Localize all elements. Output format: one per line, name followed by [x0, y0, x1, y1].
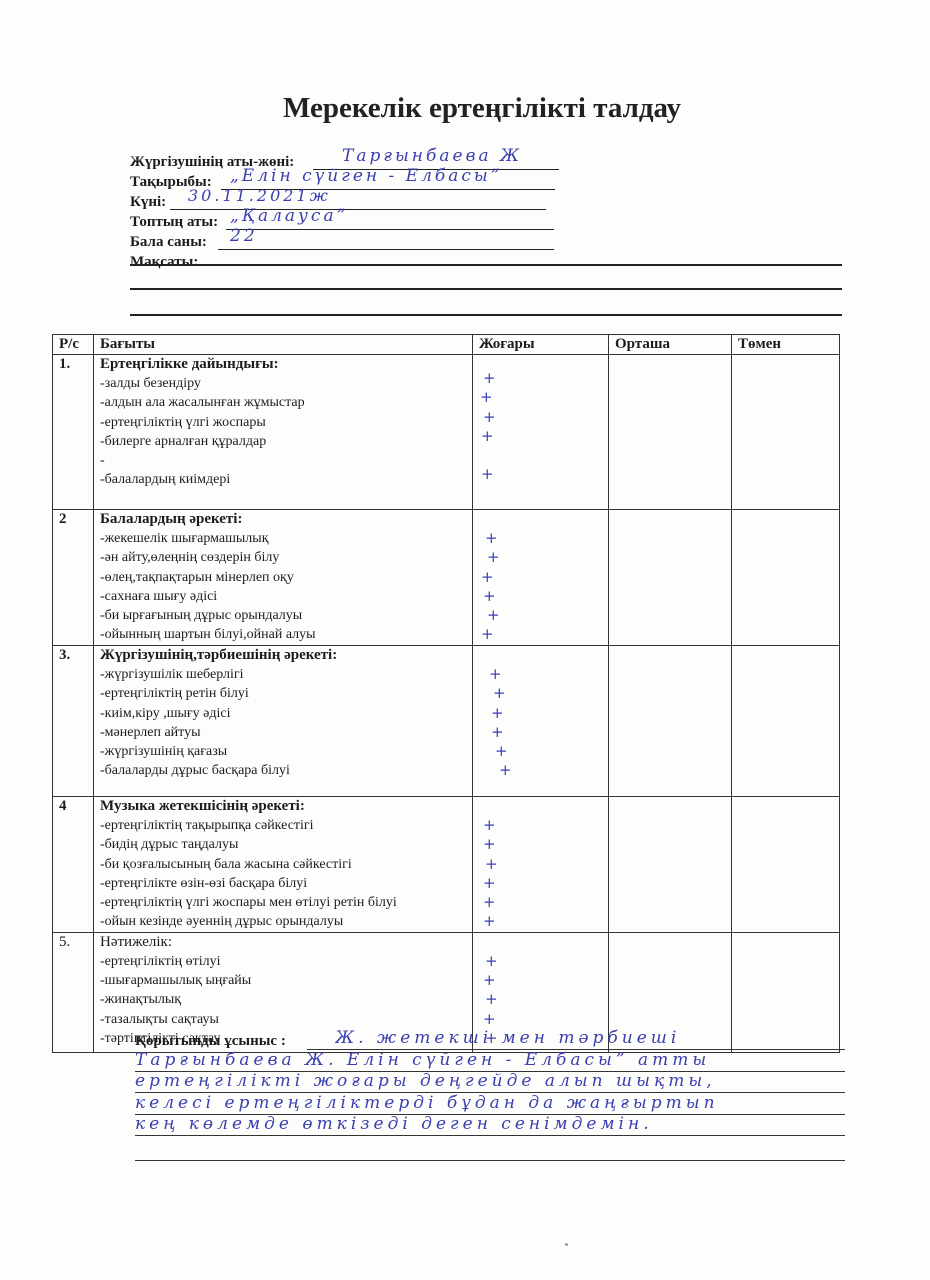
header-fields: Жүргізушінің аты-жөні: Тарғынбаева Ж Тақ… [130, 152, 294, 272]
criterion-item: -жүргізушілік шеберлігі [100, 665, 466, 684]
conclusion-handwriting: Тарғынбаева Ж. Елін сүйген - Елбасы” атт… [135, 1050, 845, 1070]
criterion-item: -ертеңгіліктің тақырыпқа сәйкестігі [100, 816, 466, 835]
table-row: 4Музыка жетекшісінің әрекеті:-ертеңгілік… [53, 797, 840, 933]
criterion-item: -ән айту,өлеңнің сөздерін білу [100, 548, 466, 567]
document-title: Мерекелік ертеңгілікті талдау [0, 92, 930, 125]
plus-mark: + [477, 816, 602, 835]
plus-mark [477, 446, 602, 465]
section-number: 2 [53, 510, 94, 646]
plus-mark: + [477, 704, 602, 723]
goal-line-3[interactable] [130, 314, 842, 316]
plus-mark: + [477, 835, 602, 854]
field-topic-value[interactable]: „Елін сүйген - Елбасы” [230, 166, 502, 186]
section-direction: Жүргізушінің,тәрбиешінің әрекеті:-жүргіз… [94, 646, 473, 797]
criterion-item: -жүргізушінің қағазы [100, 742, 466, 761]
conclusion-handwriting: келесі ертеңгіліктерді бұдан да жаңғырты… [135, 1093, 845, 1113]
conclusion-section: Қорытынды ұсыныс : Ж. жетекші мен тәрбие… [135, 1032, 845, 1050]
criterion-item: -би қозғалысының бала жасына сәйкестігі [100, 855, 466, 874]
table-row: 3.Жүргізушінің,тәрбиешінің әрекеті:-жүрг… [53, 646, 840, 797]
table-row: 1.Ертеңгілікке дайындығы:-залды безендір… [53, 355, 840, 510]
section-number: 3. [53, 646, 94, 797]
criterion-item: -балалардың киімдері [100, 470, 466, 489]
section-direction: Ертеңгілікке дайындығы:-залды безендіру-… [94, 355, 473, 510]
plus-mark: + [477, 427, 602, 446]
plus-mark: + [477, 874, 602, 893]
plus-mark: + [477, 952, 602, 971]
plus-mark: + [477, 971, 602, 990]
conclusion-line[interactable] [135, 1160, 845, 1161]
plus-mark: + [477, 548, 602, 567]
section-title: Жүргізушінің,тәрбиешінің әрекеті: [100, 646, 466, 665]
conclusion-label: Қорытынды ұсыныс : [135, 1033, 286, 1049]
table-row: 2Балалардың әрекеті:-жекешелік шығармашы… [53, 510, 840, 646]
plus-mark: + [477, 625, 602, 644]
plus-mark: + [477, 990, 602, 1009]
plus-mark: + [477, 742, 602, 761]
criterion-item: -ертеңгілікте өзін-өзі басқара білуі [100, 874, 466, 893]
medium-marks-cell[interactable] [609, 355, 732, 510]
plus-mark: + [477, 684, 602, 703]
criterion-item: -сахнаға шығу әдісі [100, 587, 466, 606]
plus-mark: + [477, 606, 602, 625]
plus-mark: + [477, 388, 602, 407]
criterion-item: -мәнерлеп айтуы [100, 723, 466, 742]
conclusion-handwriting: Ж. жетекші мен тәрбиеші [335, 1028, 845, 1048]
medium-marks-cell[interactable] [609, 510, 732, 646]
field-goal: Мақсаты: [130, 252, 294, 272]
header-high: Жоғары [473, 335, 609, 355]
plus-mark: + [477, 369, 602, 388]
high-marks-cell[interactable]: +++++ [473, 355, 609, 510]
evaluation-table: Р/с Бағыты Жоғары Орташа Төмен 1.Ертеңгі… [52, 334, 840, 1053]
conclusion-handwriting: ертеңгілікті жоғары деңгейде алып шықты, [135, 1071, 845, 1091]
section-title: Балалардың әрекеті: [100, 510, 466, 529]
header-number: Р/с [53, 335, 94, 355]
criterion-item: - [100, 451, 466, 470]
field-group: Топтың аты: „Қалауса” [130, 212, 294, 232]
medium-marks-cell[interactable] [609, 797, 732, 933]
field-leader-value[interactable]: Тарғынбаева Ж [342, 146, 522, 166]
conclusion-handwriting: кең көлемде өткізеді деген сенімдемін. [135, 1114, 845, 1134]
field-date-label: Күні: [130, 192, 166, 212]
criterion-item: -бидің дұрыс таңдалуы [100, 835, 466, 854]
plus-mark: + [477, 568, 602, 587]
criterion-item: -шығармашылық ыңғайы [100, 971, 466, 990]
criterion-item: -ойынның шартын білуі,ойнай алуы [100, 625, 466, 644]
low-marks-cell[interactable] [732, 797, 840, 933]
plus-mark: + [477, 587, 602, 606]
low-marks-cell[interactable] [732, 646, 840, 797]
criterion-item: -би ырғағының дұрыс орындалуы [100, 606, 466, 625]
goal-line-1[interactable] [130, 264, 842, 266]
field-group-line [226, 229, 554, 230]
criterion-item: -жинақтылық [100, 990, 466, 1009]
field-group-label: Топтың аты: [130, 212, 218, 232]
field-children-count: Бала саны: 22 [130, 232, 294, 252]
plus-mark: + [477, 1010, 602, 1029]
high-marks-cell[interactable]: ++++++ [473, 646, 609, 797]
field-goal-label: Мақсаты: [130, 252, 198, 272]
criterion-item: -ертеңгіліктің ретін білуі [100, 684, 466, 703]
criterion-item: -ертеңгіліктің үлгі жоспары мен өтілуі р… [100, 893, 466, 912]
section-direction: Балалардың әрекеті:-жекешелік шығармашыл… [94, 510, 473, 646]
field-date-line [170, 209, 546, 210]
field-children-count-line [218, 249, 554, 250]
plus-mark: + [477, 723, 602, 742]
goal-line-2[interactable] [130, 288, 842, 290]
criterion-item: -балаларды дұрыс басқара білуі [100, 761, 466, 780]
high-marks-cell[interactable]: ++++++ [473, 510, 609, 646]
low-marks-cell[interactable] [732, 355, 840, 510]
section-number: 5. [53, 932, 94, 1052]
criterion-item: -билерге арналған құралдар [100, 432, 466, 451]
table-header-row: Р/с Бағыты Жоғары Орташа Төмен [53, 335, 840, 355]
criterion-item: -ертеңгіліктің өтілуі [100, 952, 466, 971]
criterion-item: -киім,кіру ,шығу әдісі [100, 704, 466, 723]
header-medium: Орташа [609, 335, 732, 355]
criterion-item: -тазалықты сақтауы [100, 1010, 466, 1029]
low-marks-cell[interactable] [732, 510, 840, 646]
header-direction: Бағыты [94, 335, 473, 355]
section-number: 4 [53, 797, 94, 933]
section-title: Нәтижелік: [100, 933, 466, 952]
plus-mark: + [477, 465, 602, 484]
plus-mark: + [477, 408, 602, 427]
section-title: Ертеңгілікке дайындығы: [100, 355, 466, 374]
field-children-count-label: Бала саны: [130, 232, 207, 252]
plus-mark: + [477, 893, 602, 912]
medium-marks-cell[interactable] [609, 646, 732, 797]
section-title: Музыка жетекшісінің әрекеті: [100, 797, 466, 816]
criterion-item: -алдын ала жасалынған жұмыстар [100, 393, 466, 412]
plus-mark: + [477, 665, 602, 684]
plus-mark: + [477, 912, 602, 931]
criterion-item: -ойын кезінде әуеннің дұрыс орындалуы [100, 912, 466, 931]
field-group-value[interactable]: „Қалауса” [230, 206, 348, 226]
criterion-item: -ертеңгіліктің үлгі жоспары [100, 413, 466, 432]
scan-speck [565, 1243, 568, 1246]
header-low: Төмен [732, 335, 840, 355]
criterion-item: -өлең,тақпақтарын мінерлеп оқу [100, 568, 466, 587]
high-marks-cell[interactable]: ++++++ [473, 797, 609, 933]
conclusion-line[interactable] [135, 1135, 845, 1136]
plus-mark: + [477, 761, 602, 780]
plus-mark: + [477, 529, 602, 548]
criterion-item: -жекешелік шығармашылық [100, 529, 466, 548]
field-children-count-value[interactable]: 22 [230, 226, 258, 246]
field-date-value[interactable]: 30.11.2021ж [188, 186, 331, 206]
criterion-item: -залды безендіру [100, 374, 466, 393]
section-direction: Музыка жетекшісінің әрекеті:-ертеңгілікт… [94, 797, 473, 933]
plus-mark: + [477, 855, 602, 874]
section-number: 1. [53, 355, 94, 510]
